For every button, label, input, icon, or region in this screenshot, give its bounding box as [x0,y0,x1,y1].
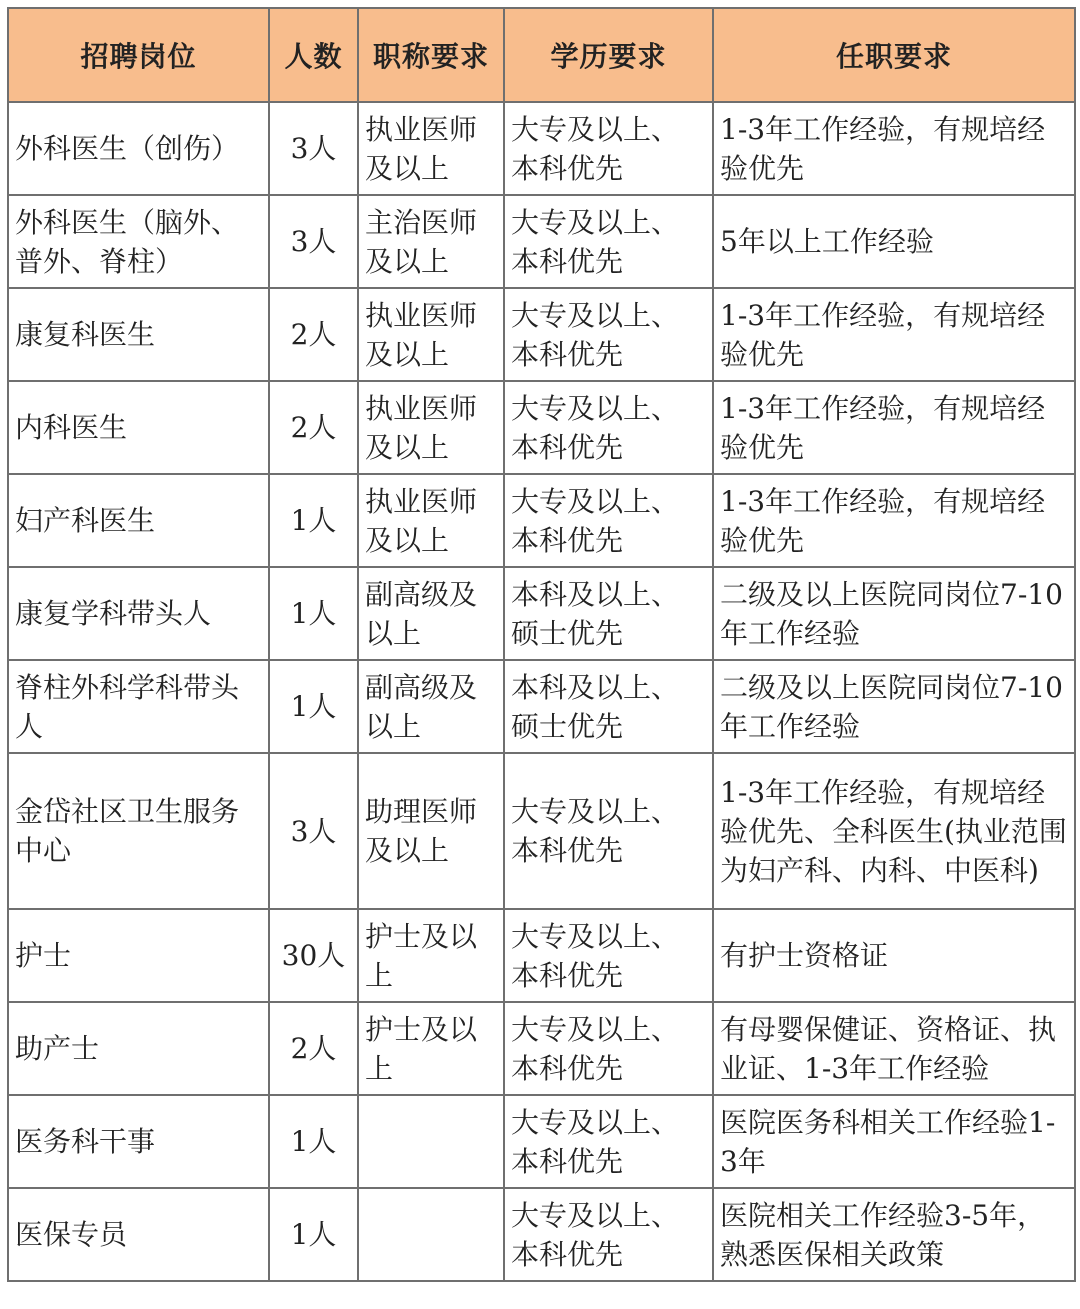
job-requirement-cell: 1-3年工作经验，有规培经验优先 [713,102,1075,195]
education-requirement-cell: 大专及以上、本科优先 [504,753,713,909]
education-requirement-cell: 大专及以上、本科优先 [504,1095,713,1188]
count-cell: 3人 [269,753,358,909]
column-header-count: 人数 [269,8,358,102]
title-requirement-cell: 执业医师及以上 [358,288,504,381]
count-cell: 1人 [269,1188,358,1281]
table-row: 康复学科带头人 1人 副高级及以上 本科及以上、硕士优先 二级及以上医院同岗位7… [8,567,1075,660]
position-cell: 医务科干事 [8,1095,269,1188]
table-row: 外科医生（脑外、普外、脊柱） 3人 主治医师及以上 大专及以上、本科优先 5年以… [8,195,1075,288]
education-requirement-cell: 本科及以上、硕士优先 [504,660,713,753]
position-cell: 金岱社区卫生服务中心 [8,753,269,909]
job-requirement-cell: 1-3年工作经验，有规培经验优先、全科医生(执业范围为妇产科、内科、中医科) [713,753,1075,909]
position-cell: 脊柱外科学科带头人 [8,660,269,753]
title-requirement-cell: 主治医师及以上 [358,195,504,288]
position-cell: 外科医生（创伤） [8,102,269,195]
education-requirement-cell: 本科及以上、硕士优先 [504,567,713,660]
position-cell: 医保专员 [8,1188,269,1281]
job-requirement-cell: 有母婴保健证、资格证、执业证、1-3年工作经验 [713,1002,1075,1095]
title-requirement-cell: 副高级及以上 [358,567,504,660]
job-requirement-cell: 医院相关工作经验3-5年，熟悉医保相关政策 [713,1188,1075,1281]
table-row: 护士 30人 护士及以上 大专及以上、本科优先 有护士资格证 [8,909,1075,1002]
table-row: 医保专员 1人 大专及以上、本科优先 医院相关工作经验3-5年，熟悉医保相关政策 [8,1188,1075,1281]
job-requirement-cell: 5年以上工作经验 [713,195,1075,288]
education-requirement-cell: 大专及以上、本科优先 [504,195,713,288]
job-requirement-cell: 二级及以上医院同岗位7-10年工作经验 [713,660,1075,753]
table-row: 内科医生 2人 执业医师及以上 大专及以上、本科优先 1-3年工作经验，有规培经… [8,381,1075,474]
count-cell: 2人 [269,1002,358,1095]
table-row: 外科医生（创伤） 3人 执业医师及以上 大专及以上、本科优先 1-3年工作经验，… [8,102,1075,195]
title-requirement-cell: 执业医师及以上 [358,102,504,195]
education-requirement-cell: 大专及以上、本科优先 [504,381,713,474]
title-requirement-cell: 执业医师及以上 [358,381,504,474]
table-row: 助产士 2人 护士及以上 大专及以上、本科优先 有母婴保健证、资格证、执业证、1… [8,1002,1075,1095]
count-cell: 1人 [269,1095,358,1188]
count-cell: 1人 [269,660,358,753]
job-requirement-cell: 二级及以上医院同岗位7-10年工作经验 [713,567,1075,660]
count-cell: 1人 [269,474,358,567]
table-row: 医务科干事 1人 大专及以上、本科优先 医院医务科相关工作经验1-3年 [8,1095,1075,1188]
table-row: 脊柱外科学科带头人 1人 副高级及以上 本科及以上、硕士优先 二级及以上医院同岗… [8,660,1075,753]
count-cell: 2人 [269,381,358,474]
table-body: 外科医生（创伤） 3人 执业医师及以上 大专及以上、本科优先 1-3年工作经验，… [8,102,1075,1281]
column-header-position: 招聘岗位 [8,8,269,102]
job-requirement-cell: 1-3年工作经验，有规培经验优先 [713,474,1075,567]
title-requirement-cell: 护士及以上 [358,1002,504,1095]
title-requirement-cell: 执业医师及以上 [358,474,504,567]
count-cell: 2人 [269,288,358,381]
column-header-job-requirement: 任职要求 [713,8,1075,102]
header-row: 招聘岗位 人数 职称要求 学历要求 任职要求 [8,8,1075,102]
job-requirement-cell: 有护士资格证 [713,909,1075,1002]
education-requirement-cell: 大专及以上、本科优先 [504,102,713,195]
title-requirement-cell: 助理医师及以上 [358,753,504,909]
title-requirement-cell [358,1188,504,1281]
position-cell: 外科医生（脑外、普外、脊柱） [8,195,269,288]
count-cell: 1人 [269,567,358,660]
count-cell: 30人 [269,909,358,1002]
job-requirement-cell: 1-3年工作经验，有规培经验优先 [713,381,1075,474]
position-cell: 内科医生 [8,381,269,474]
job-requirement-cell: 1-3年工作经验，有规培经验优先 [713,288,1075,381]
position-cell: 康复学科带头人 [8,567,269,660]
education-requirement-cell: 大专及以上、本科优先 [504,1002,713,1095]
education-requirement-cell: 大专及以上、本科优先 [504,474,713,567]
table-row: 妇产科医生 1人 执业医师及以上 大专及以上、本科优先 1-3年工作经验，有规培… [8,474,1075,567]
job-requirement-cell: 医院医务科相关工作经验1-3年 [713,1095,1075,1188]
position-cell: 妇产科医生 [8,474,269,567]
column-header-education-requirement: 学历要求 [504,8,713,102]
title-requirement-cell: 副高级及以上 [358,660,504,753]
education-requirement-cell: 大专及以上、本科优先 [504,288,713,381]
table-row: 康复科医生 2人 执业医师及以上 大专及以上、本科优先 1-3年工作经验，有规培… [8,288,1075,381]
table-header: 招聘岗位 人数 职称要求 学历要求 任职要求 [8,8,1075,102]
position-cell: 康复科医生 [8,288,269,381]
table-row: 金岱社区卫生服务中心 3人 助理医师及以上 大专及以上、本科优先 1-3年工作经… [8,753,1075,909]
title-requirement-cell [358,1095,504,1188]
column-header-title-requirement: 职称要求 [358,8,504,102]
position-cell: 护士 [8,909,269,1002]
count-cell: 3人 [269,102,358,195]
title-requirement-cell: 护士及以上 [358,909,504,1002]
education-requirement-cell: 大专及以上、本科优先 [504,909,713,1002]
education-requirement-cell: 大专及以上、本科优先 [504,1188,713,1281]
position-cell: 助产士 [8,1002,269,1095]
recruitment-table: 招聘岗位 人数 职称要求 学历要求 任职要求 外科医生（创伤） 3人 执业医师及… [7,7,1076,1282]
count-cell: 3人 [269,195,358,288]
